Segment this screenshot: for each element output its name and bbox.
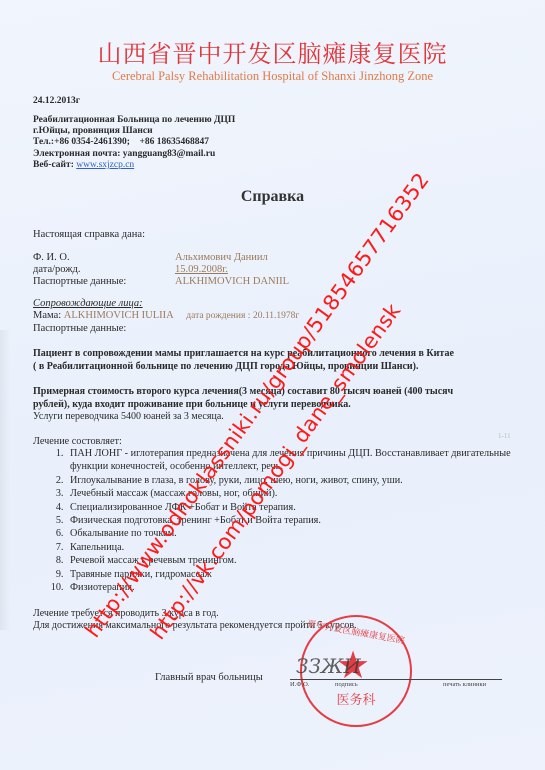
signature-line bbox=[290, 679, 502, 680]
website-link[interactable]: www.sxjzcp.cn bbox=[76, 160, 134, 170]
treatment-item: Иглоукалывание в глаза, в голову, руки, … bbox=[66, 474, 536, 487]
mom-name: ALKHIMOVICH IULIIA bbox=[64, 310, 173, 321]
invitation-text: в сопровождении мамы приглашается на кур… bbox=[72, 348, 453, 359]
patient-passport-row: Паспортные данные: ALKHIMOVICH DANIIL bbox=[33, 276, 126, 287]
patient-dob-row: дата/рожд. 15.09.2008г. bbox=[33, 264, 81, 275]
chief-doctor-label: Главный врач больницы bbox=[155, 671, 263, 684]
fio-label: Ф. И. О. bbox=[33, 252, 70, 263]
patient-dob: 15.09.2008г. bbox=[175, 264, 228, 275]
email-value: yangguang83@mail.ru bbox=[123, 149, 216, 159]
document-title: Справка bbox=[0, 188, 545, 206]
website-label: Веб-сайт: bbox=[33, 160, 74, 170]
cost-line-1: Примерная стоимость второго курса лечени… bbox=[33, 385, 453, 398]
email-label: Электронная почта: bbox=[33, 149, 120, 159]
mom-dob: 20.11.1978г bbox=[253, 311, 299, 321]
treatment-item: Специализированное ЛФК +Бобат и Войта те… bbox=[66, 501, 536, 514]
phone-label: Тел.: bbox=[33, 137, 54, 147]
companion-passport-label: Паспортные данные: bbox=[33, 322, 126, 335]
stamp-bottom-text: 医务科 bbox=[302, 689, 410, 708]
margin-note: 1-11 bbox=[498, 432, 511, 440]
treatment-item: Обкалывание по точкам. bbox=[66, 527, 536, 540]
handwritten-signature: ЗЗЖИ bbox=[296, 654, 361, 678]
hospital-name-ru: Реабилитационная Больница по лечению ДЦП bbox=[33, 115, 235, 126]
dob-label: дата/рожд. bbox=[33, 264, 81, 275]
cost-line-3: Услуги переводчика 5400 юаней за 3 месяц… bbox=[33, 410, 224, 423]
stamp-top-text: 晋中开发区脑瘫康复医院 bbox=[302, 616, 411, 648]
patient-name: Альхимович Даниил bbox=[175, 252, 268, 263]
caption-stamp: печать клиники bbox=[443, 681, 486, 688]
invitation-line-1: Пациент в сопровождении мамы приглашаетс… bbox=[33, 347, 454, 360]
phone-line: Тел.:+86 0354-2461390; +86 18635468847 bbox=[33, 137, 235, 148]
document-page: 山西省晋中开发区脑瘫康复医院 Cerebral Palsy Rehabilita… bbox=[0, 0, 545, 770]
intro-text: Настоящая справка дана: bbox=[33, 228, 145, 241]
patient-passport: ALKHIMOVICH DANIIL bbox=[175, 276, 289, 287]
hospital-name-english: Cerebral Palsy Rehabilitation Hospital o… bbox=[0, 69, 545, 84]
website-line: Веб-сайт: www.sxjzcp.cn bbox=[33, 160, 235, 171]
companion-mom-row: Мама: ALKHIMOVICH IULIIA дата рождения :… bbox=[33, 309, 299, 323]
caption-name: И.Ф.О. bbox=[290, 681, 309, 688]
phone-2: +86 18635468847 bbox=[139, 137, 209, 147]
treatment-item: Лечебный массаж (массаж головы, ног, общ… bbox=[66, 487, 536, 500]
mom-dob-label: дата рождения : bbox=[186, 311, 250, 321]
treatment-item: Физическая подготовка, тренинг +Бобат и … bbox=[66, 514, 536, 527]
hospital-city: г.Юйцы, провинция Шанси bbox=[33, 126, 235, 137]
treatment-heading-text: состовляет: bbox=[69, 436, 122, 447]
patient-name-row: Ф. И. О. Альхимович Даниил bbox=[33, 252, 70, 263]
phone-1: +86 0354-2461390; bbox=[54, 137, 130, 147]
passport-label: Паспортные данные: bbox=[33, 276, 126, 287]
mom-label: Мама: bbox=[33, 310, 61, 321]
contact-block: Реабилитационная Больница по лечению ДЦП… bbox=[33, 115, 235, 171]
invitation-patient: Пациент bbox=[33, 348, 72, 359]
paper-edge bbox=[0, 330, 10, 630]
treatment-heading-bold: Лечение bbox=[33, 436, 69, 447]
caption-sign: подпись bbox=[335, 681, 358, 688]
document-date: 24.12.2013г bbox=[33, 96, 80, 106]
hospital-name-chinese: 山西省晋中开发区脑瘫康复医院 bbox=[0, 34, 545, 69]
email-line: Электронная почта: yangguang83@mail.ru bbox=[33, 149, 235, 160]
